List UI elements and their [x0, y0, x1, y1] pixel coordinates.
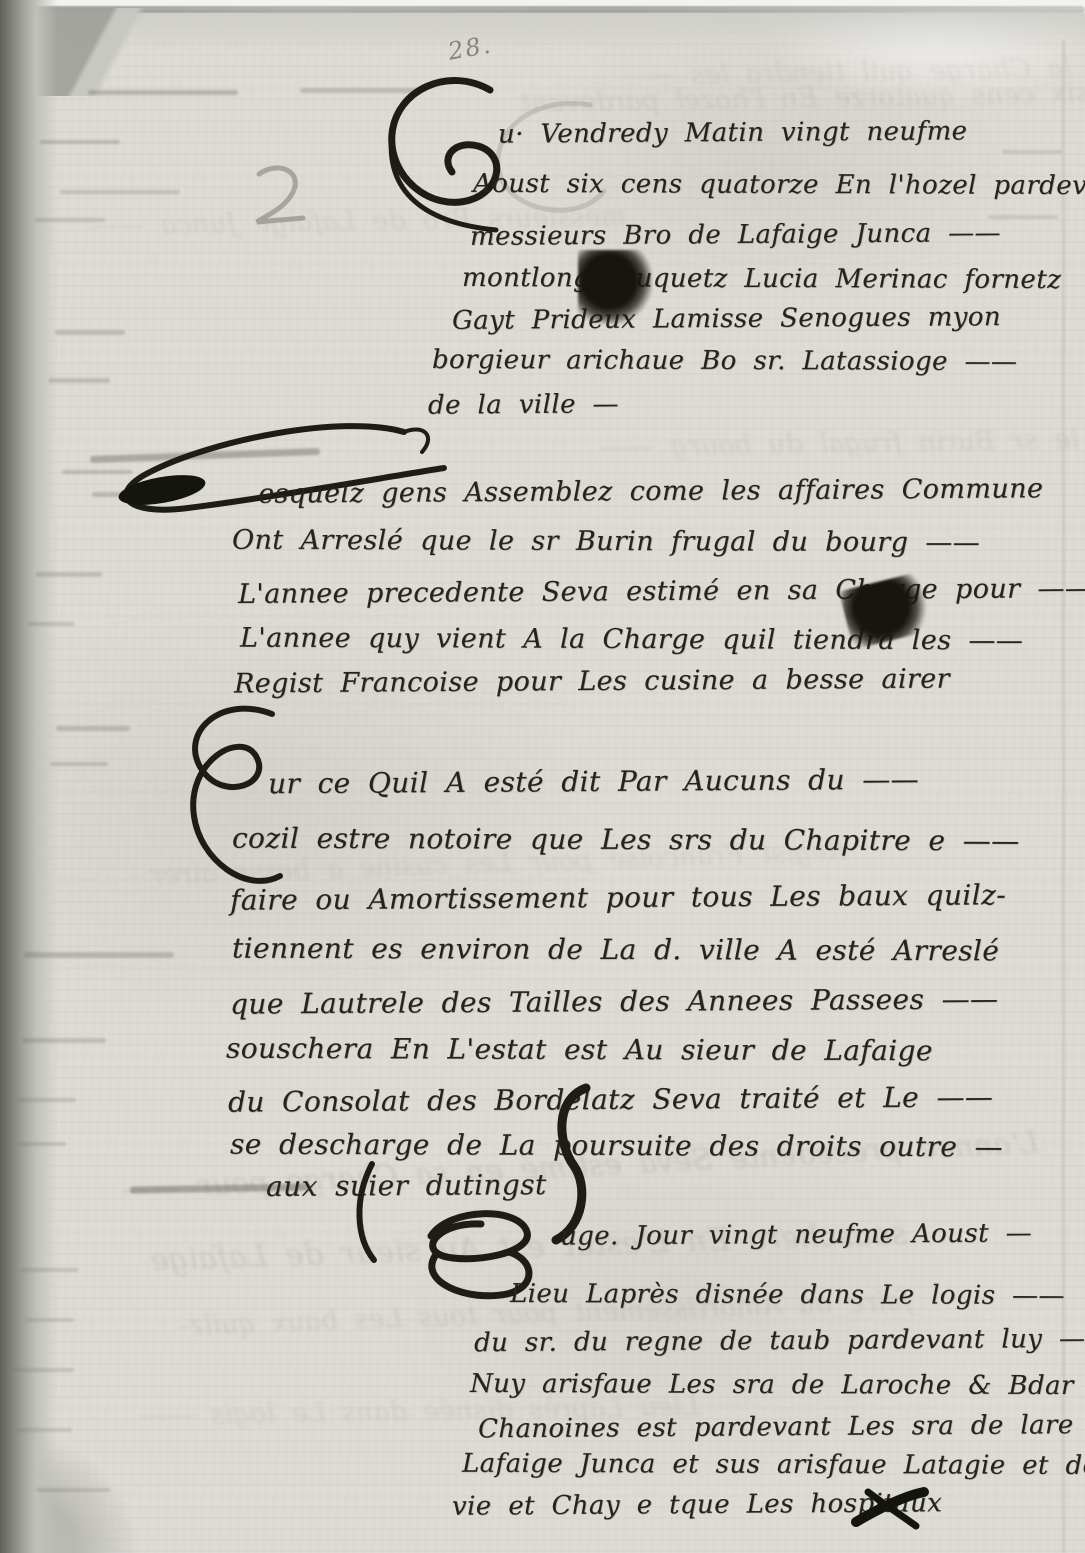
text-line: du Consolat des Bordelatz Seva traité et… [228, 1083, 993, 1116]
bleedthrough-stroke [60, 190, 180, 194]
top-edge-shading [30, 13, 1085, 55]
text-line: se descharge de La poursuite des droits … [230, 1131, 1003, 1162]
text-line: faire ou Amortissement pour tous Les bau… [230, 881, 1006, 914]
page-top-edge [34, 6, 1085, 13]
text-line: uge. Jour vingt neufme Aoust — [560, 1220, 1032, 1249]
text-line: de la ville — [428, 391, 619, 418]
text-line: aux suier dutingst [266, 1171, 547, 1201]
text-line: esquelz gens Assemblez come les affaires… [258, 475, 1043, 507]
text-line: que Lautrele des Tailles des Annees Pass… [230, 985, 999, 1018]
text-line: montlong rouquetz Lucia Merinac fornetz [462, 265, 1061, 293]
bleedthrough-stroke [26, 1318, 74, 1322]
text-line: u· Vendredy Matin vingt neufme [498, 118, 968, 147]
bleedthrough-stroke [50, 762, 108, 766]
text-line: borgieur arichaue Bo sr. Latassioge —— [432, 347, 1017, 375]
bleedthrough-stroke [18, 1142, 66, 1146]
text-line: souschera En L'estat est Au sieur de Laf… [226, 1035, 933, 1065]
bleedthrough-stroke [88, 90, 238, 95]
text-line: Lafaige Junca et sus arisfaue Latagie et… [462, 1451, 1085, 1480]
bleedthrough-stroke [12, 1368, 74, 1372]
bleedthrough-stroke [48, 378, 110, 383]
text-line: Gayt Prideux Lamisse Senogues myon [452, 304, 1001, 334]
text-line: Chanoines est pardevant Les sra de lare … [478, 1412, 1085, 1443]
bleedthrough-stroke [1002, 150, 1062, 154]
text-line: L'annee precedente Seva estimé en sa Cha… [238, 575, 1085, 608]
text-line: Aoust six cens quatorze En l'hozel parde… [473, 171, 1085, 199]
text-line: Lieu Laprès disnée dans Le logis —— [510, 1281, 1065, 1309]
bleedthrough-stroke [16, 1428, 72, 1432]
bleedthrough-stroke [16, 1098, 76, 1102]
bleedthrough-stroke [36, 1488, 110, 1492]
descender-stroke [344, 1158, 384, 1268]
text-line: du sr. du regne de taub pardevant luy —— [474, 1326, 1085, 1356]
bleedthrough-stroke [22, 1038, 106, 1043]
initial-flourish-D [378, 72, 508, 242]
text-line: Ont Arreslé que le sr Burin frugal du bo… [232, 527, 980, 557]
text-line: messieurs Bro de Lafaige Junca —— [470, 220, 1001, 250]
text-line: cozil estre notoire que Les srs du Chapi… [232, 825, 1020, 856]
manuscript-scan: Aoust six cens quatorze En l'hozel parde… [0, 0, 1085, 1553]
ink-blot [578, 250, 652, 324]
bleedthrough-stroke [56, 726, 130, 731]
bleedthrough-stroke [20, 1268, 78, 1272]
initial-flourish-S [168, 698, 308, 908]
text-line: tiennent es environ de La d. ville A est… [232, 935, 999, 966]
bleedthrough-stroke [40, 140, 120, 144]
bleedthrough-flourish [245, 158, 317, 230]
terminal-cross-stroke [850, 1486, 930, 1532]
text-line: Regist Francoise pour Les cusine a besse… [234, 666, 950, 698]
text-line: ur ce Quil A esté dit Par Aucuns du —— [268, 766, 919, 799]
bleedthrough-stroke [36, 572, 102, 577]
bleedthrough-stroke [28, 622, 74, 626]
bleedthrough-stroke [24, 952, 174, 958]
bleedthrough-stroke [55, 330, 125, 335]
text-line: Nuy arisfaue Les sra de Laroche & Bdar [470, 1371, 1074, 1399]
